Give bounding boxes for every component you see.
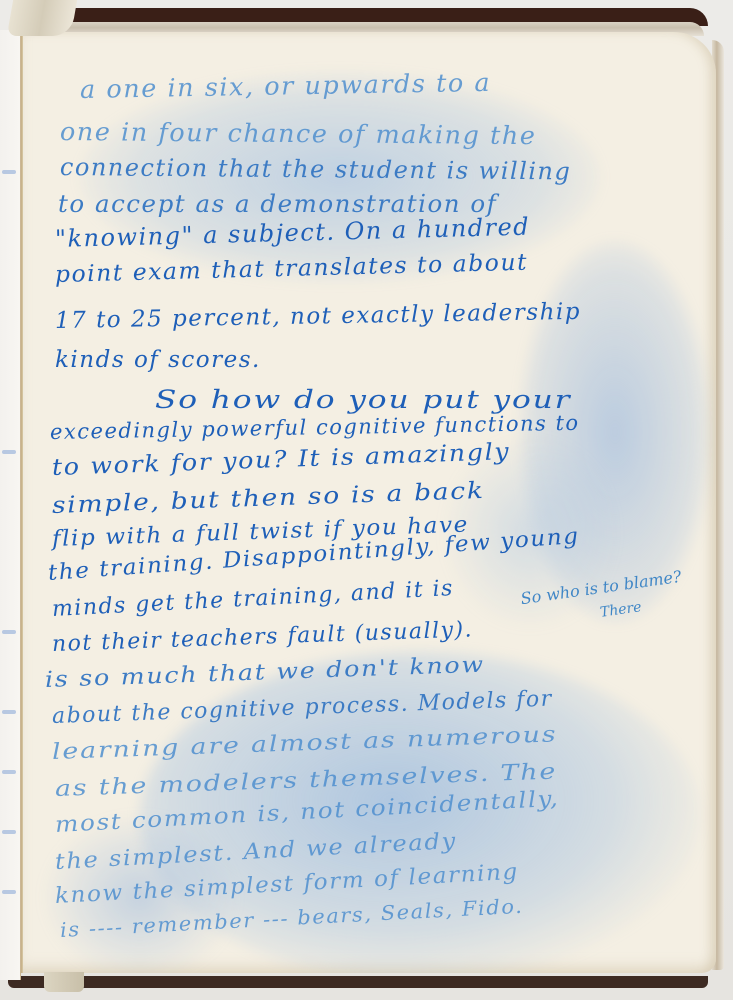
handwriting-line: connection that the student is willing xyxy=(60,153,572,185)
bleed-through-mark xyxy=(2,770,16,774)
handwriting-line: to accept as a demonstration of xyxy=(58,190,497,218)
notebook-cover-bottom xyxy=(8,976,708,988)
ribbon-bookmark-top xyxy=(7,0,77,36)
handwriting-line: So how do you put your xyxy=(155,385,571,414)
bleed-through-mark xyxy=(2,830,16,834)
bleed-through-mark xyxy=(2,710,16,714)
ribbon-bookmark-bottom xyxy=(44,972,84,992)
bleed-through-mark xyxy=(2,170,16,174)
handwriting-line: kinds of scores. xyxy=(55,347,261,373)
bleed-through-mark xyxy=(2,630,16,634)
facing-page-edge xyxy=(0,30,21,980)
handwriting-line: one in four chance of making the xyxy=(60,117,537,150)
bleed-through-mark xyxy=(2,890,16,894)
bleed-through-mark xyxy=(2,450,16,454)
